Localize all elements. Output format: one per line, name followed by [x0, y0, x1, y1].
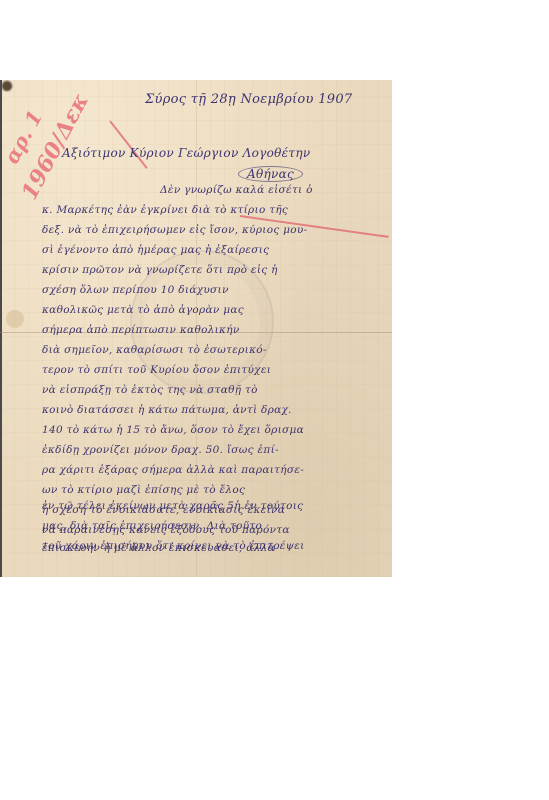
body-line: ρα χάριτι ἐξάρας σήμερα ἀλλὰ καὶ παραιτή… [42, 464, 304, 476]
body-line: νὰ εἰσπράξῃ τὸ ἐκτὸς της νὰ σταθῇ τὸ [42, 384, 258, 396]
body-line: τοῦ χάριν ἐπισήμου ὅτι κρίνει νὰ τὸ ἐπιτ… [42, 540, 305, 552]
salutation-line-1: Αξιότιμον Κύριον Γεώργιον Λογοθέτην [62, 146, 310, 160]
body-line: ἐν τῷ τέλει ἐκείνων μετὰ χαρᾶς 5ἡ ἐν τού… [42, 500, 303, 512]
red-slash-line [109, 120, 148, 169]
paper-stain [6, 310, 24, 328]
body-line: τερον τὸ σπίτι τοῦ Κυρίου ὅσον ἐπιτύχει [42, 364, 271, 376]
body-line: Δὲν γνωρίζω καλά εἰσέτι ὁ [160, 184, 313, 196]
place-date-line: Σύρος τῇ 28ῃ Νοεμβρίου 1907 [145, 92, 352, 107]
body-line: διὰ σημεῖον, καθαρίσωσι τὸ ἐσωτερικό- [42, 344, 267, 356]
body-line: σχέση ὅλων περίπου 10 διάχυσιν [42, 284, 229, 296]
body-line: μας, διὰ ταῖς ἐπιχειρήσεσιν. Διὰ τοῦτο [42, 520, 262, 532]
ink-stain [0, 80, 14, 92]
body-line: σὶ ἐγένοντο ἀπὸ ἡμέρας μας ἡ ἐξαίρεσις [42, 244, 269, 256]
salutation-line-2: Αθήνας [238, 166, 303, 182]
body-line: ων τὸ κτίριο μαζὶ ἐπίσης μὲ τὸ ἔλος [42, 484, 245, 496]
body-line: κρίσιν πρῶτον νὰ γνωρίζετε ὅτι πρὸ εἰς ἡ [42, 264, 278, 276]
body-line: δεξ. νὰ τὸ ἐπιχειρήσωμεν εἰς ἴσον, κύριο… [42, 224, 307, 236]
body-line: 140 τὸ κάτω ἡ 15 τὸ ἄνω, ὅσον τὸ ἔχει ὅρ… [42, 424, 304, 436]
body-line: κ. Μαρκέτης ἐὰν ἐγκρίνει διὰ τὸ κτίριο τ… [42, 204, 288, 216]
body-line: κοινὸ διατάσσει ἡ κάτω πάτωμα, ἀντὶ δραχ… [42, 404, 292, 416]
body-line: ἐκδίδῃ χρονίζει μόνον δραχ. 50. ἴσως ἐπί… [42, 444, 279, 456]
body-line: σήμερα ἀπὸ περίπτωσιν καθολικήν [42, 324, 240, 336]
body-line: καθολικῶς μετὰ τὸ ἀπὸ ἀγορὰν μας [42, 304, 244, 316]
